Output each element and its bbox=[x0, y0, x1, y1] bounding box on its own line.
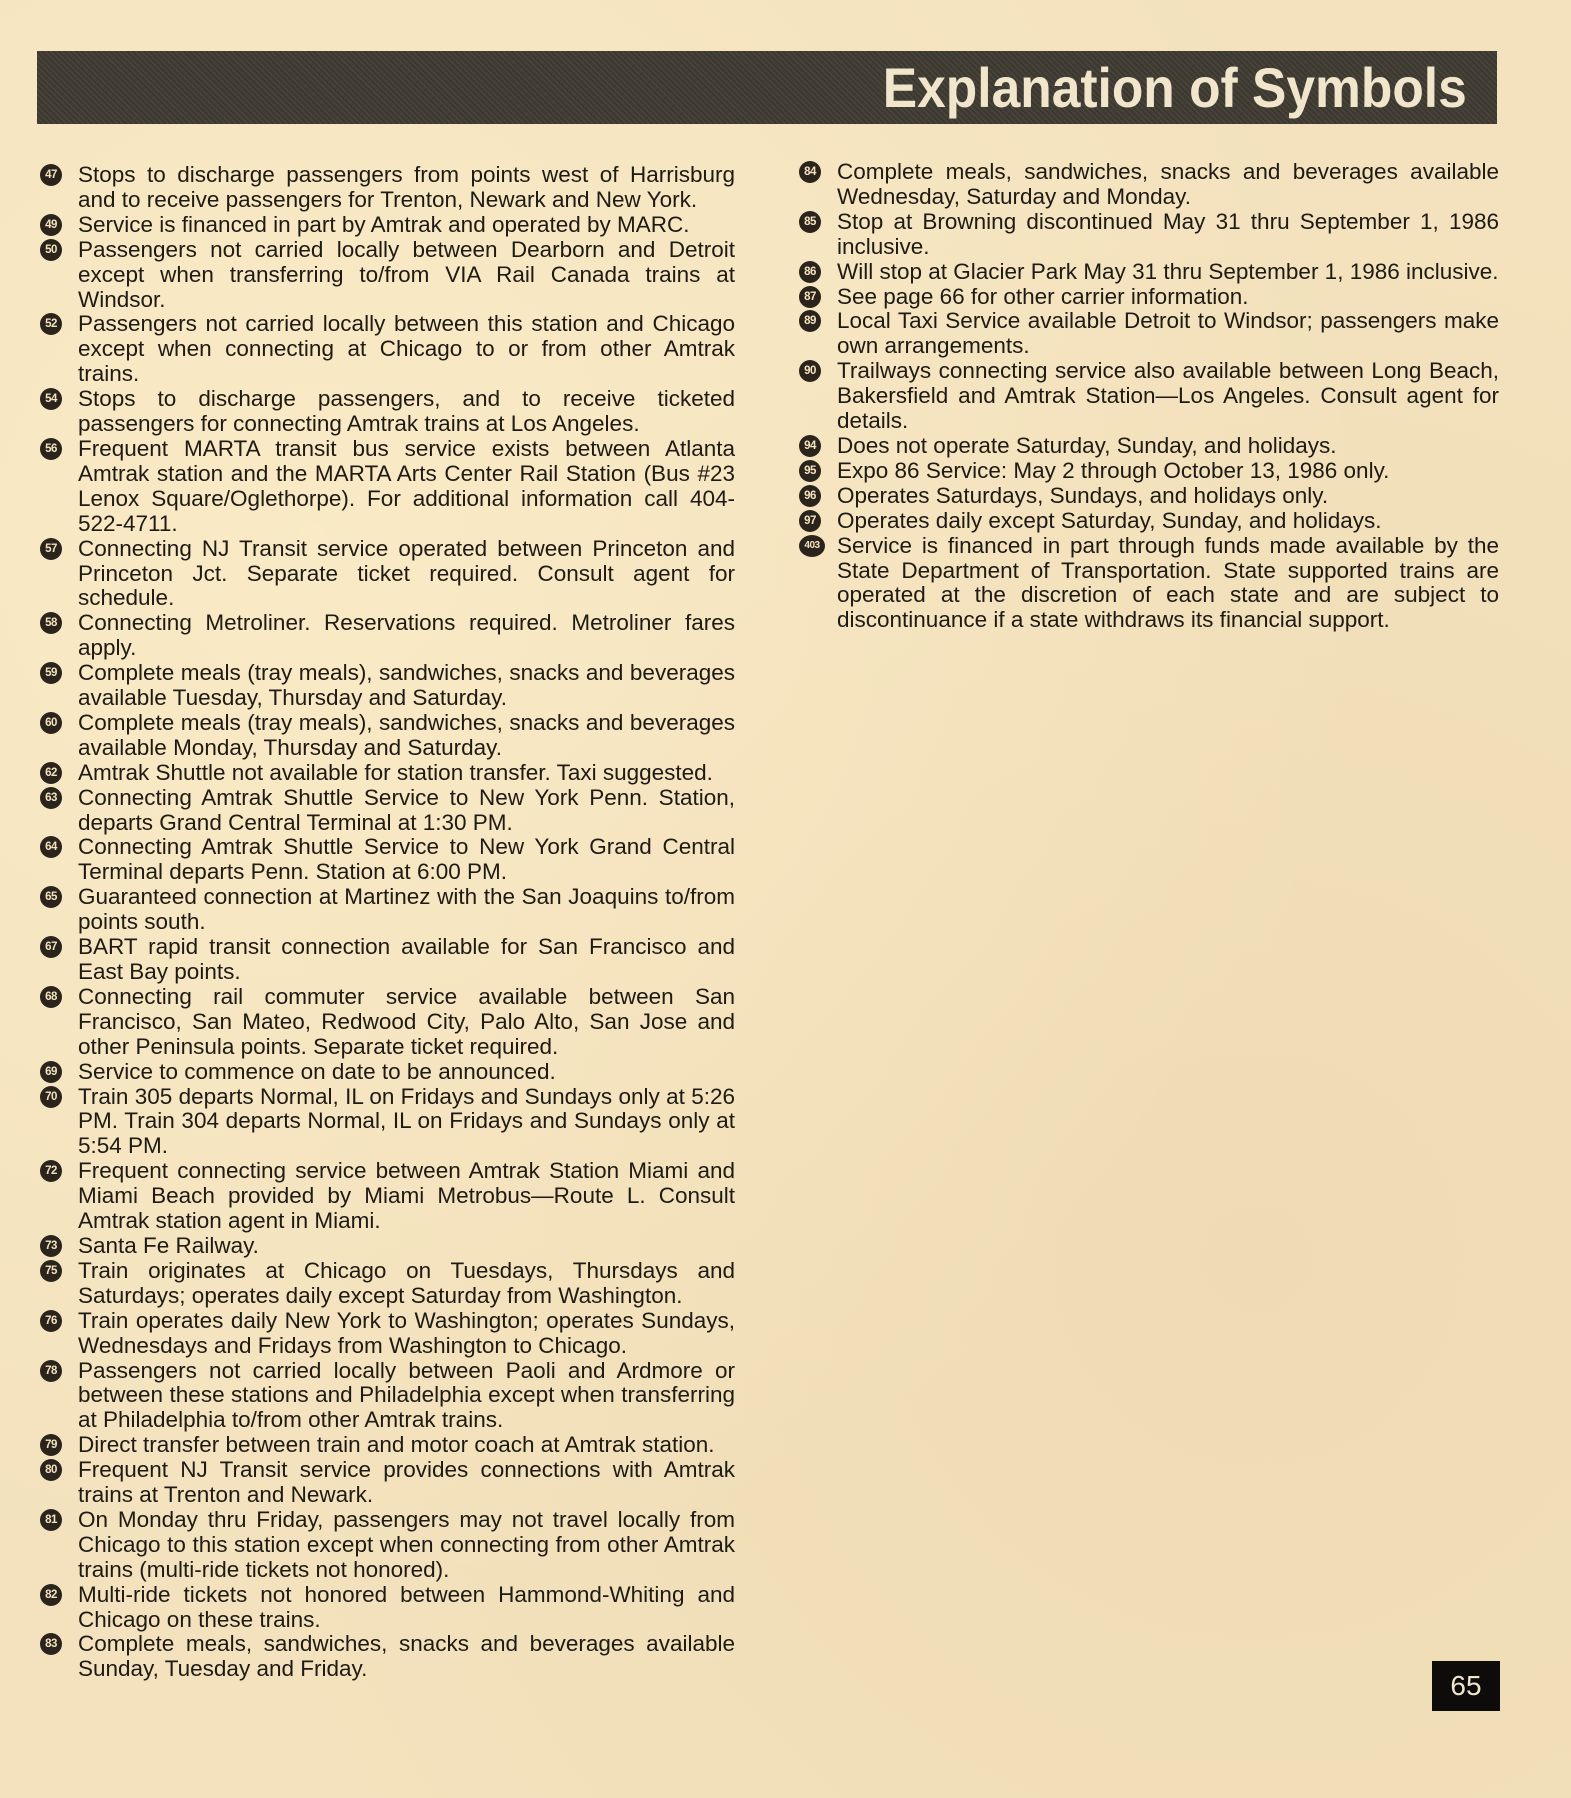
circled-number-icon: 63 bbox=[40, 787, 62, 809]
symbol-description: Service to commence on date to be announ… bbox=[78, 1060, 735, 1085]
circled-number-icon: 78 bbox=[40, 1360, 62, 1382]
symbol-note: 58Connecting Metroliner. Reservations re… bbox=[40, 611, 735, 661]
circled-number-icon: 79 bbox=[40, 1434, 62, 1456]
symbol-description: Complete meals (tray meals), sandwiches,… bbox=[78, 661, 735, 711]
symbol-note: 403Service is financed in part through f… bbox=[799, 534, 1499, 634]
symbol-description: Direct transfer between train and motor … bbox=[78, 1433, 735, 1458]
symbol-note: 54Stops to discharge passengers, and to … bbox=[40, 387, 735, 437]
circled-number-icon: 97 bbox=[799, 510, 821, 532]
symbol-note: 79Direct transfer between train and moto… bbox=[40, 1433, 735, 1458]
symbol-description: Train 305 departs Normal, IL on Fridays … bbox=[78, 1085, 735, 1160]
symbol-note: 52Passengers not carried locally between… bbox=[40, 312, 735, 387]
symbol-note: 47Stops to discharge passengers from poi… bbox=[40, 163, 735, 213]
symbol-description: Amtrak Shuttle not available for station… bbox=[78, 761, 735, 786]
symbol-description: Connecting Metroliner. Reservations requ… bbox=[78, 611, 735, 661]
symbol-note: 96Operates Saturdays, Sundays, and holid… bbox=[799, 484, 1499, 509]
symbol-note: 78Passengers not carried locally between… bbox=[40, 1359, 735, 1434]
symbol-note: 70Train 305 departs Normal, IL on Friday… bbox=[40, 1085, 735, 1160]
page-number: 65 bbox=[1432, 1661, 1500, 1711]
symbol-description: Frequent NJ Transit service provides con… bbox=[78, 1458, 735, 1508]
symbol-description: Santa Fe Railway. bbox=[78, 1234, 735, 1259]
symbol-description: Expo 86 Service: May 2 through October 1… bbox=[837, 459, 1499, 484]
circled-number-icon: 59 bbox=[40, 662, 62, 684]
symbol-description: Frequent connecting service between Amtr… bbox=[78, 1159, 735, 1234]
circled-number-icon: 73 bbox=[40, 1235, 62, 1257]
symbol-description: Service is financed in part through fund… bbox=[837, 534, 1499, 634]
symbol-description: Train originates at Chicago on Tuesdays,… bbox=[78, 1259, 735, 1309]
symbol-note: 59Complete meals (tray meals), sandwiche… bbox=[40, 661, 735, 711]
circled-number-icon: 75 bbox=[40, 1260, 62, 1282]
circled-number-icon: 76 bbox=[40, 1310, 62, 1332]
circled-number-icon: 67 bbox=[40, 936, 62, 958]
circled-number-icon: 54 bbox=[40, 388, 62, 410]
symbol-note: 80Frequent NJ Transit service provides c… bbox=[40, 1458, 735, 1508]
symbol-description: Train operates daily New York to Washing… bbox=[78, 1309, 735, 1359]
symbol-note: 60Complete meals (tray meals), sandwiche… bbox=[40, 711, 735, 761]
symbol-note: 49Service is financed in part by Amtrak … bbox=[40, 213, 735, 238]
symbol-description: Connecting Amtrak Shuttle Service to New… bbox=[78, 786, 735, 836]
symbol-description: Complete meals, sandwiches, snacks and b… bbox=[78, 1632, 735, 1682]
symbol-description: Multi-ride tickets not honored between H… bbox=[78, 1583, 735, 1633]
symbol-note: 82Multi-ride tickets not honored between… bbox=[40, 1583, 735, 1633]
symbol-description: Guaranteed connection at Martinez with t… bbox=[78, 885, 735, 935]
circled-number-icon: 86 bbox=[799, 261, 821, 283]
symbol-description: BART rapid transit connection available … bbox=[78, 935, 735, 985]
circled-number-icon: 60 bbox=[40, 712, 62, 734]
circled-number-icon: 50 bbox=[40, 239, 62, 261]
symbol-note: 56Frequent MARTA transit bus service exi… bbox=[40, 437, 735, 537]
symbol-note: 73Santa Fe Railway. bbox=[40, 1234, 735, 1259]
circled-number-icon: 65 bbox=[40, 886, 62, 908]
circled-number-icon: 49 bbox=[40, 214, 62, 236]
circled-number-icon: 89 bbox=[799, 310, 821, 332]
circled-number-icon: 87 bbox=[799, 286, 821, 308]
circled-number-icon: 69 bbox=[40, 1061, 62, 1083]
symbol-description: Service is financed in part by Amtrak an… bbox=[78, 213, 735, 238]
symbol-description: On Monday thru Friday, passengers may no… bbox=[78, 1508, 735, 1583]
symbol-note: 62Amtrak Shuttle not available for stati… bbox=[40, 761, 735, 786]
symbol-description: Stop at Browning discontinued May 31 thr… bbox=[837, 210, 1499, 260]
symbol-description: See page 66 for other carrier informatio… bbox=[837, 285, 1499, 310]
symbol-description: Passengers not carried locally between t… bbox=[78, 312, 735, 387]
symbol-note: 72Frequent connecting service between Am… bbox=[40, 1159, 735, 1234]
symbol-note: 97Operates daily except Saturday, Sunday… bbox=[799, 509, 1499, 534]
symbol-note: 50Passengers not carried locally between… bbox=[40, 238, 735, 313]
circled-number-icon: 95 bbox=[799, 460, 821, 482]
symbol-note: 90Trailways connecting service also avai… bbox=[799, 359, 1499, 434]
symbol-note: 94Does not operate Saturday, Sunday, and… bbox=[799, 434, 1499, 459]
symbol-description: Connecting rail commuter service availab… bbox=[78, 985, 735, 1060]
circled-number-icon: 80 bbox=[40, 1459, 62, 1481]
circled-number-icon: 72 bbox=[40, 1160, 62, 1182]
circled-number-icon: 57 bbox=[40, 538, 62, 560]
symbol-note: 76Train operates daily New York to Washi… bbox=[40, 1309, 735, 1359]
circled-number-icon: 62 bbox=[40, 762, 62, 784]
symbol-description: Local Taxi Service available Detroit to … bbox=[837, 309, 1499, 359]
circled-number-icon: 64 bbox=[40, 836, 62, 858]
symbol-note: 68Connecting rail commuter service avail… bbox=[40, 985, 735, 1060]
circled-number-icon: 96 bbox=[799, 485, 821, 507]
symbol-note: 69Service to commence on date to be anno… bbox=[40, 1060, 735, 1085]
symbol-description: Complete meals, sandwiches, snacks and b… bbox=[837, 160, 1499, 210]
symbol-description: Complete meals (tray meals), sandwiches,… bbox=[78, 711, 735, 761]
symbol-description: Will stop at Glacier Park May 31 thru Se… bbox=[837, 260, 1499, 285]
symbol-description: Stops to discharge passengers, and to re… bbox=[78, 387, 735, 437]
symbol-list-left: 47Stops to discharge passengers from poi… bbox=[40, 163, 735, 1682]
symbol-note: 75Train originates at Chicago on Tuesday… bbox=[40, 1259, 735, 1309]
symbol-note: 84Complete meals, sandwiches, snacks and… bbox=[799, 160, 1499, 210]
symbol-note: 63Connecting Amtrak Shuttle Service to N… bbox=[40, 786, 735, 836]
symbol-note: 64Connecting Amtrak Shuttle Service to N… bbox=[40, 835, 735, 885]
symbol-note: 81On Monday thru Friday, passengers may … bbox=[40, 1508, 735, 1583]
symbol-note: 65Guaranteed connection at Martinez with… bbox=[40, 885, 735, 935]
symbol-description: Trailways connecting service also availa… bbox=[837, 359, 1499, 434]
symbol-description: Operates Saturdays, Sundays, and holiday… bbox=[837, 484, 1499, 509]
symbol-description: Connecting Amtrak Shuttle Service to New… bbox=[78, 835, 735, 885]
symbol-list-right: 84Complete meals, sandwiches, snacks and… bbox=[799, 160, 1499, 633]
circled-number-icon: 90 bbox=[799, 360, 821, 382]
circled-number-icon: 52 bbox=[40, 313, 62, 335]
circled-number-icon: 81 bbox=[40, 1509, 62, 1531]
header-bar: Explanation of Symbols bbox=[37, 51, 1497, 124]
page-title: Explanation of Symbols bbox=[883, 55, 1467, 120]
symbol-description: Connecting NJ Transit service operated b… bbox=[78, 537, 735, 612]
symbol-note: 86Will stop at Glacier Park May 31 thru … bbox=[799, 260, 1499, 285]
symbol-note: 85Stop at Browning discontinued May 31 t… bbox=[799, 210, 1499, 260]
circled-number-icon: 58 bbox=[40, 612, 62, 634]
symbol-note: 89Local Taxi Service available Detroit t… bbox=[799, 309, 1499, 359]
symbol-description: Operates daily except Saturday, Sunday, … bbox=[837, 509, 1499, 534]
symbol-note: 67BART rapid transit connection availabl… bbox=[40, 935, 735, 985]
circled-number-icon: 56 bbox=[40, 438, 62, 460]
circled-number-icon: 82 bbox=[40, 1584, 62, 1606]
symbol-description: Does not operate Saturday, Sunday, and h… bbox=[837, 434, 1499, 459]
symbol-note: 83Complete meals, sandwiches, snacks and… bbox=[40, 1632, 735, 1682]
circled-number-icon: 85 bbox=[799, 211, 821, 233]
circled-number-icon: 47 bbox=[40, 164, 62, 186]
symbol-note: 57Connecting NJ Transit service operated… bbox=[40, 537, 735, 612]
circled-number-icon: 83 bbox=[40, 1633, 62, 1655]
circled-number-icon: 68 bbox=[40, 986, 62, 1008]
circled-number-icon: 94 bbox=[799, 435, 821, 457]
circled-number-icon: 84 bbox=[799, 161, 821, 183]
circled-number-icon: 403 bbox=[799, 535, 825, 557]
symbol-description: Stops to discharge passengers from point… bbox=[78, 163, 735, 213]
symbol-description: Passengers not carried locally between D… bbox=[78, 238, 735, 313]
symbol-note: 87See page 66 for other carrier informat… bbox=[799, 285, 1499, 310]
circled-number-icon: 70 bbox=[40, 1086, 62, 1108]
symbol-note: 95Expo 86 Service: May 2 through October… bbox=[799, 459, 1499, 484]
symbol-description: Passengers not carried locally between P… bbox=[78, 1359, 735, 1434]
symbol-description: Frequent MARTA transit bus service exist… bbox=[78, 437, 735, 537]
